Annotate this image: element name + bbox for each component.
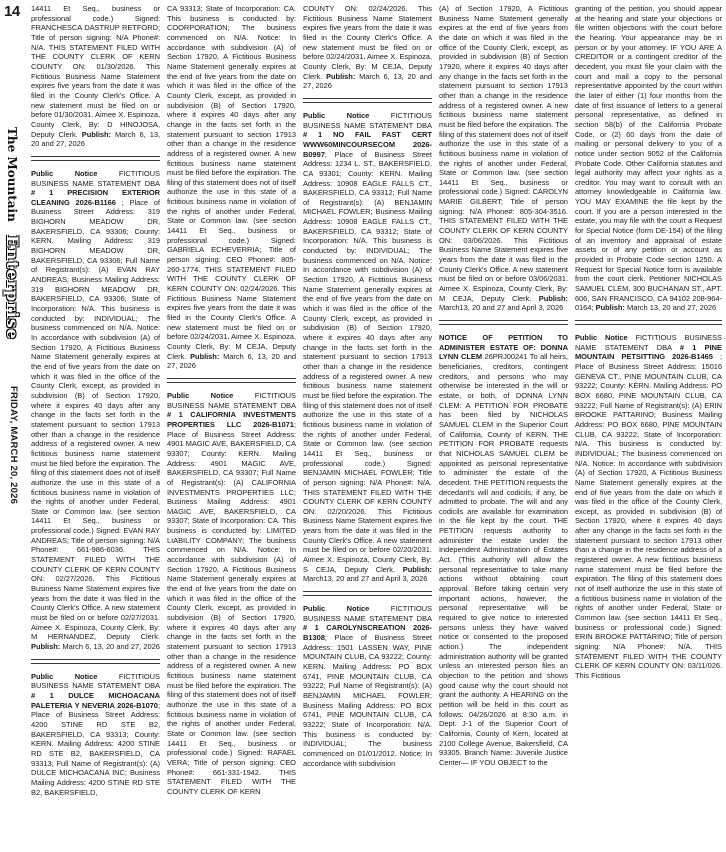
text-column-3: COUNTY ON: 02/24/2026. This Fictitious B…	[303, 4, 432, 852]
fbn-notice-pine-mountain-petsitting: Public Notice FICTITIOUS BUSINESS NAME S…	[575, 333, 722, 681]
petition-notice-donna-lynn-clem: NOTICE OF PETITION TO ADMINISTER ESTATE …	[439, 333, 568, 768]
fbn-notice-dulce-michoacana-continuation: CA 93313; State of Incorporation: CA. Th…	[167, 4, 296, 371]
text-column-1: 14411 Et Seq., business or professional …	[31, 4, 160, 852]
notice-separator	[439, 320, 568, 325]
fbn-notice-carolynscreation: Public Notice FICTITIOUS BUSINESS NAME S…	[303, 604, 432, 768]
fbn-notice-california-investments-continuation: COUNTY ON: 02/24/2026. This Fictitious B…	[303, 4, 432, 91]
fbn-notice-dulce-michoacana: Public Notice FICTITIOUS BUSINESS NAME S…	[31, 672, 160, 798]
notice-separator	[31, 156, 160, 161]
text-column-2: CA 93313; State of Incorporation: CA. Th…	[167, 4, 296, 852]
petition-notice-donna-lynn-clem-continuation: granting of the petition, you should app…	[575, 4, 722, 313]
page-margin-sidebar: 14 The Mountain Enterprise FRIDAY, MARCH…	[0, 0, 29, 852]
notice-separator	[303, 98, 432, 103]
newspaper-legal-notices-page: 14 The Mountain Enterprise FRIDAY, MARCH…	[0, 0, 726, 852]
text-column-5: granting of the petition, you should app…	[575, 4, 722, 852]
page-number: 14	[0, 0, 29, 20]
notice-separator	[31, 659, 160, 664]
fbn-notice-precision-exterior-cleaning: Public Notice FICTITIOUS BUSINESS NAME S…	[31, 169, 160, 652]
notice-separator	[167, 378, 296, 383]
notice-columns: 14411 Et Seq., business or professional …	[29, 0, 726, 852]
fbn-notice-no-fail-fast-cert: Public Notice FICTITIOUS BUSINESS NAME S…	[303, 111, 432, 584]
fbn-notice-dastrup-retford-continuation: 14411 Et Seq., business or professional …	[31, 4, 160, 149]
masthead-vertical: The Mountain Enterprise	[3, 127, 22, 340]
fbn-notice-carolynscreation-continuation: (A) of Section 17920, A Fictitious Busin…	[439, 4, 568, 313]
notice-separator	[575, 320, 722, 325]
text-column-4: (A) of Section 17920, A Fictitious Busin…	[439, 4, 568, 852]
masthead-title: Enterprise	[3, 235, 22, 340]
notice-separator	[303, 591, 432, 596]
fbn-notice-california-investments: Public Notice FICTITIOUS BUSINESS NAME S…	[167, 391, 296, 797]
issue-date: FRIDAY, MARCH 20, 2026	[8, 386, 19, 504]
masthead-prefix: The Mountain	[5, 127, 19, 222]
